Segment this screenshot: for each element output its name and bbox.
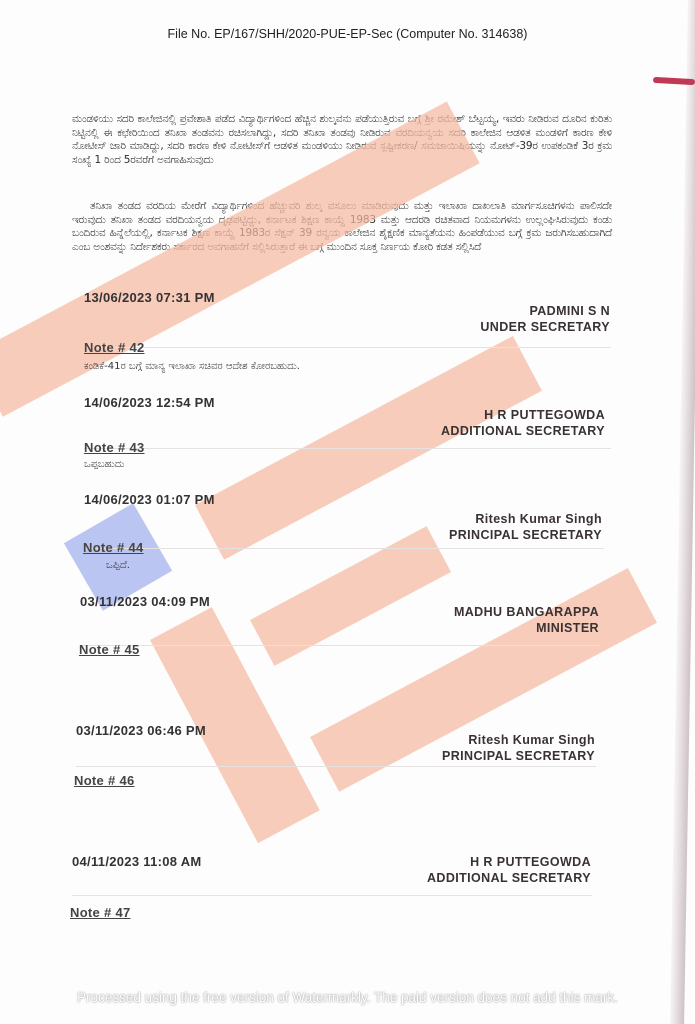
- note-number: Note # 44: [83, 540, 144, 555]
- note-timestamp: 03/11/2023 06:46 PM: [76, 723, 206, 738]
- signer-designation: ADDITIONAL SECRETARY: [427, 871, 591, 887]
- watermark-text: Processed using the free version of Wate…: [0, 990, 695, 1005]
- signer-block: Ritesh Kumar Singh PRINCIPAL SECRETARY: [449, 512, 602, 543]
- signer-designation: UNDER SECRETARY: [480, 320, 610, 336]
- divider: [84, 347, 611, 348]
- note-text: ಕಂಡಿಕೆ-41ರ ಬಗ್ಗೆ ಮಾನ್ಯ ಇಲಾಖಾ ಸಚಿವರ ಆದೇಶ …: [84, 361, 300, 372]
- note-text: ಒಪ್ಪಬಹುದು: [84, 459, 124, 470]
- signer-block: MADHU BANGARAPPA MINISTER: [454, 605, 599, 636]
- divider: [72, 895, 592, 896]
- note-timestamp: 14/06/2023 12:54 PM: [84, 395, 215, 410]
- signer-block: Ritesh Kumar Singh PRINCIPAL SECRETARY: [442, 733, 595, 764]
- note-timestamp: 03/11/2023 04:09 PM: [80, 594, 210, 609]
- note-timestamp: 04/11/2023 11:08 AM: [72, 854, 202, 869]
- divider: [84, 448, 611, 449]
- signer-name: H R PUTTEGOWDA: [427, 855, 591, 871]
- signer-block: PADMINI S N UNDER SECRETARY: [480, 304, 610, 335]
- file-number-header: File No. EP/167/SHH/2020-PUE-EP-Sec (Com…: [0, 27, 695, 41]
- signer-designation: MINISTER: [454, 621, 599, 637]
- signer-name: H R PUTTEGOWDA: [441, 408, 605, 424]
- document-page: File No. EP/167/SHH/2020-PUE-EP-Sec (Com…: [0, 0, 695, 1024]
- note-text: ಒಪ್ಪಿದೆ.: [106, 560, 130, 571]
- note-timestamp: 13/06/2023 07:31 PM: [84, 290, 215, 305]
- note-timestamp: 14/06/2023 01:07 PM: [84, 492, 215, 507]
- signer-name: Ritesh Kumar Singh: [442, 733, 595, 749]
- note-number: Note # 45: [79, 642, 140, 657]
- divider: [76, 766, 596, 767]
- divider: [84, 548, 604, 549]
- signer-designation: PRINCIPAL SECRETARY: [449, 528, 602, 544]
- signer-name: Ritesh Kumar Singh: [449, 512, 602, 528]
- signer-designation: ADDITIONAL SECRETARY: [441, 424, 605, 440]
- signer-name: PADMINI S N: [480, 304, 610, 320]
- red-tag-ribbon: [653, 77, 695, 85]
- signer-name: MADHU BANGARAPPA: [454, 605, 599, 621]
- note-number: Note # 42: [84, 340, 145, 355]
- note-number: Note # 46: [74, 773, 135, 788]
- signer-block: H R PUTTEGOWDA ADDITIONAL SECRETARY: [427, 855, 591, 886]
- divider: [80, 645, 600, 646]
- signer-block: H R PUTTEGOWDA ADDITIONAL SECRETARY: [441, 408, 605, 439]
- signer-designation: PRINCIPAL SECRETARY: [442, 749, 595, 765]
- file-binder-rod: [670, 0, 695, 1024]
- note-number: Note # 43: [84, 440, 145, 455]
- note-number: Note # 47: [70, 905, 131, 920]
